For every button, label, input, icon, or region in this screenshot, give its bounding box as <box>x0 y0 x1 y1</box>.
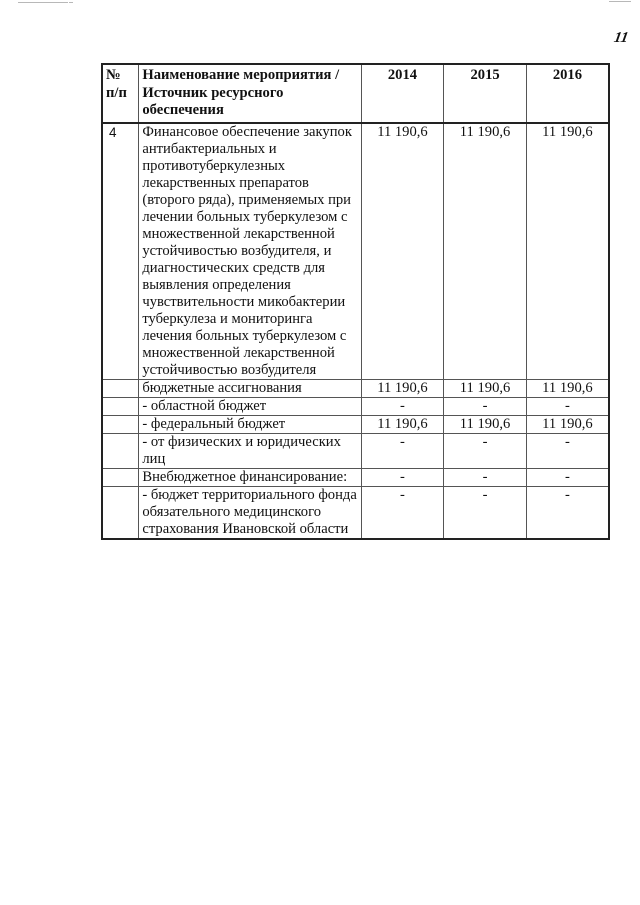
budget-table: № п/п Наименование мероприятия / Источни… <box>101 63 610 540</box>
header-number-text: № п/п <box>106 67 127 101</box>
row-name: - федеральный бюджет <box>139 415 361 433</box>
row-name: - от физических и юридических лиц <box>139 433 361 468</box>
value-2014: 11 190,6 <box>361 379 444 397</box>
value-2014: - <box>361 397 444 415</box>
value-2016: 11 190,6 <box>526 379 609 397</box>
row-number <box>102 415 139 433</box>
scan-artifact-line <box>44 2 68 3</box>
table-row: бюджетные ассигнования 11 190,6 11 190,6… <box>102 379 609 397</box>
value-2015: 11 190,6 <box>444 415 527 433</box>
scan-artifact-line <box>69 2 73 3</box>
row-number <box>102 468 139 486</box>
row-number <box>102 397 139 415</box>
value-2014: - <box>361 486 444 539</box>
value-2014: 11 190,6 <box>361 123 444 380</box>
table-row: Внебюджетное финансирование: - - - <box>102 468 609 486</box>
table-header-row: № п/п Наименование мероприятия / Источни… <box>102 64 609 123</box>
header-number: № п/п <box>102 64 139 123</box>
row-name: Финансовое обеспечение закупок антибакте… <box>139 123 361 380</box>
table-row: - от физических и юридических лиц - - - <box>102 433 609 468</box>
value-2015: - <box>444 397 527 415</box>
header-year-2014: 2014 <box>361 64 444 123</box>
row-name: Внебюджетное финансирование: <box>139 468 361 486</box>
row-number: 4 <box>102 123 139 380</box>
table-row: - федеральный бюджет 11 190,6 11 190,6 1… <box>102 415 609 433</box>
value-2015: - <box>444 486 527 539</box>
row-name: - бюджет территориального фонда обязател… <box>139 486 361 539</box>
value-2016: - <box>526 486 609 539</box>
value-2015: 11 190,6 <box>444 123 527 380</box>
value-2016: - <box>526 433 609 468</box>
value-2015: - <box>444 433 527 468</box>
row-number <box>102 433 139 468</box>
value-2014: 11 190,6 <box>361 415 444 433</box>
header-year-2015: 2015 <box>444 64 527 123</box>
header-name: Наименование мероприятия / Источник ресу… <box>139 64 361 123</box>
scan-artifact-line <box>609 1 631 2</box>
value-2015: 11 190,6 <box>444 379 527 397</box>
row-name: бюджетные ассигнования <box>139 379 361 397</box>
row-number <box>102 379 139 397</box>
value-2016: 11 190,6 <box>526 123 609 380</box>
value-2014: - <box>361 433 444 468</box>
row-number <box>102 486 139 539</box>
value-2016: 11 190,6 <box>526 415 609 433</box>
value-2016: - <box>526 468 609 486</box>
page-number: 11 <box>613 30 630 47</box>
value-2016: - <box>526 397 609 415</box>
header-year-2016: 2016 <box>526 64 609 123</box>
table-row: - бюджет территориального фонда обязател… <box>102 486 609 539</box>
row-name: - областной бюджет <box>139 397 361 415</box>
table-row: - областной бюджет - - - <box>102 397 609 415</box>
value-2015: - <box>444 468 527 486</box>
table-row: 4 Финансовое обеспечение закупок антибак… <box>102 123 609 380</box>
value-2014: - <box>361 468 444 486</box>
